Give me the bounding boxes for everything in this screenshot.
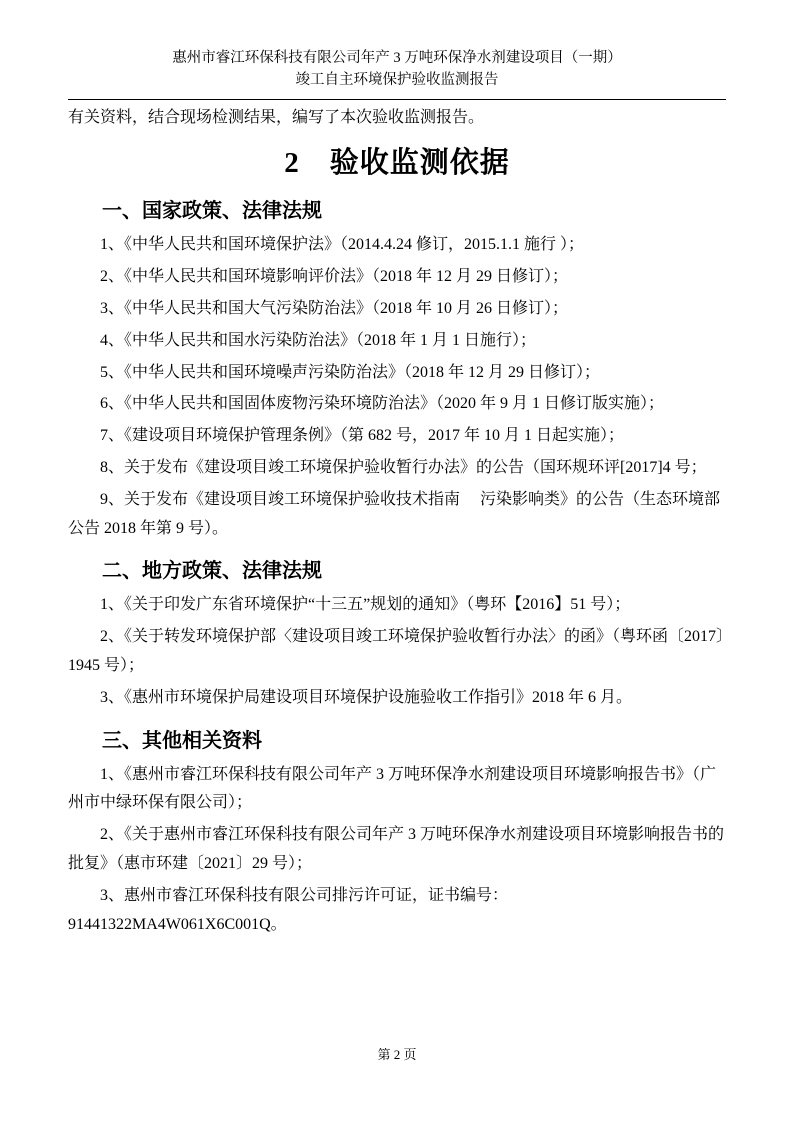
header-title-line2: 竣工自主环境保护验收监测报告 [68, 70, 726, 92]
intro-paragraph: 有关资料，结合现场检测结果，编写了本次验收监测报告。 [68, 104, 726, 133]
document-page: 惠州市睿江环保科技有限公司年产 3 万吨环保净水剂建设项目（一期） 竣工自主环境… [0, 0, 794, 1123]
header-title-line1: 惠州市睿江环保科技有限公司年产 3 万吨环保净水剂建设项目（一期） [68, 48, 726, 70]
list-item: 8、关于发布《建设项目竣工环境保护验收暂行办法》的公告（国环规环评[2017]4… [68, 454, 726, 483]
list-item: 2、《中华人民共和国环境影响评价法》（2018 年 12 月 29 日修订）； [68, 263, 726, 292]
list-item: 6、《中华人民共和国固体废物污染环境防治法》（2020 年 9 月 1 日修订版… [68, 390, 726, 419]
section-heading-other-materials: 三、其他相关资料 [68, 727, 726, 755]
list-item: 2、《关于惠州市睿江环保科技有限公司年产 3 万吨环保净水剂建设项目环境影响报告… [68, 821, 726, 879]
list-item: 9、关于发布《建设项目竣工环境保护验收技术指南 污染影响类》的公告（生态环境部公… [68, 486, 726, 544]
list-item: 1、《中华人民共和国环境保护法》（2014.4.24 修订，2015.1.1 施… [68, 231, 726, 260]
page-number: 第 2 页 [0, 1047, 794, 1063]
list-item: 4、《中华人民共和国水污染防治法》（2018 年 1 月 1 日施行）； [68, 327, 726, 356]
section-heading-local-policies: 二、地方政策、法律法规 [68, 557, 726, 585]
list-item: 1、《关于印发广东省环境保护“十三五”规划的通知》（粤环【2016】51 号）； [68, 591, 726, 620]
list-item: 7、《建设项目环境保护管理条例》（第 682 号，2017 年 10 月 1 日… [68, 422, 726, 451]
list-item: 1、《惠州市睿江环保科技有限公司年产 3 万吨环保净水剂建设项目环境影响报告书》… [68, 761, 726, 819]
list-item: 2、《关于转发环境保护部〈建设项目竣工环境保护验收暂行办法〉的函》（粤环函〔20… [68, 623, 726, 681]
list-item: 3、《中华人民共和国大气污染防治法》（2018 年 10 月 26 日修订）； [68, 295, 726, 324]
list-item: 3、惠州市睿江环保科技有限公司排污许可证，证书编号：91441322MA4W06… [68, 882, 726, 940]
section-heading-national-policies: 一、国家政策、法律法规 [68, 197, 726, 225]
list-item: 3、《惠州市环境保护局建设项目环境保护设施验收工作指引》2018 年 6 月。 [68, 684, 726, 713]
page-title: 2 验收监测依据 [68, 144, 726, 183]
list-item: 5、《中华人民共和国环境噪声污染防治法》（2018 年 12 月 29 日修订）… [68, 359, 726, 388]
page-header: 惠州市睿江环保科技有限公司年产 3 万吨环保净水剂建设项目（一期） 竣工自主环境… [68, 48, 726, 100]
